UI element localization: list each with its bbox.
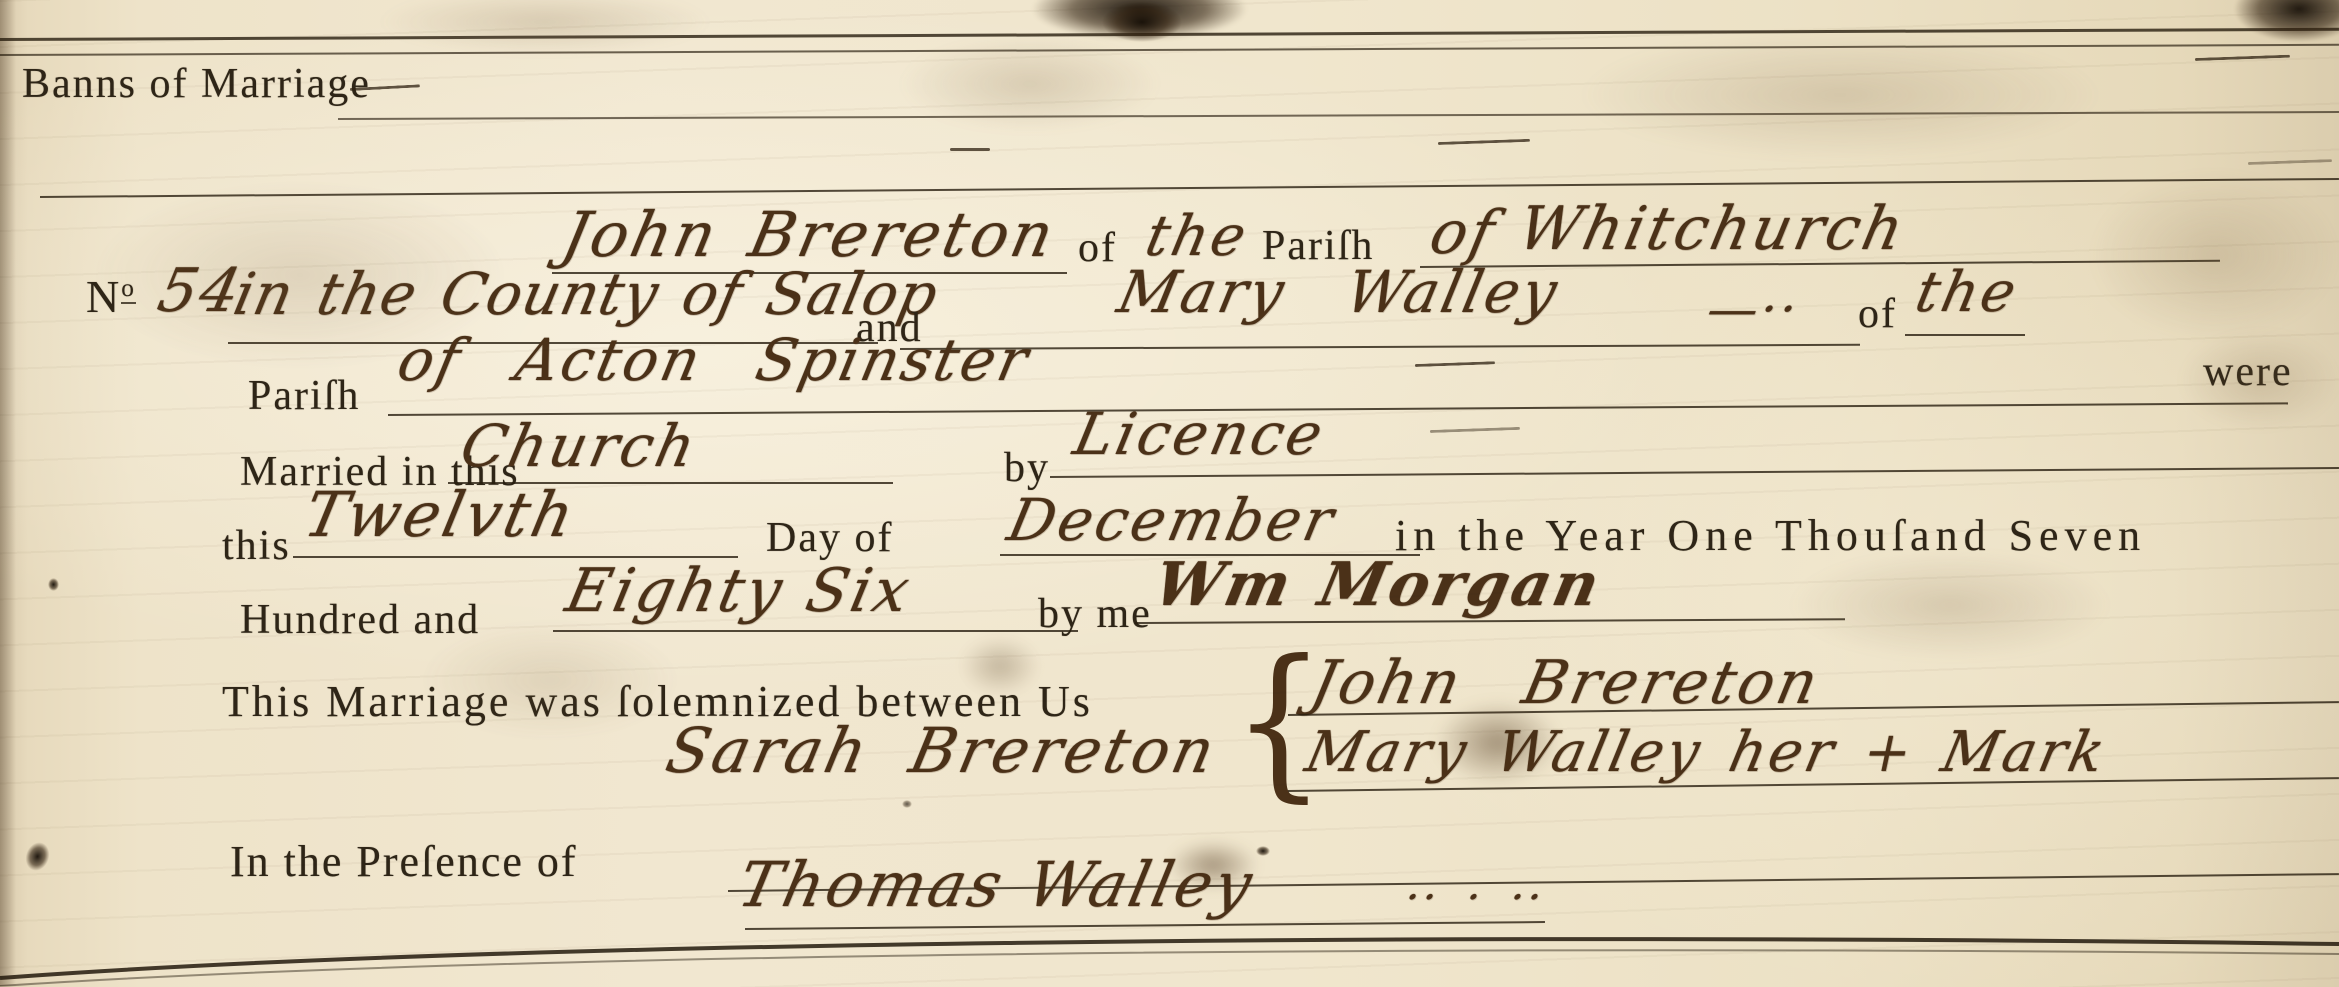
printed-parish-label: Pariſh	[248, 372, 360, 420]
pen-dash	[950, 148, 990, 151]
ink-blot	[1102, 2, 1182, 42]
bleed-through-mark	[90, 180, 510, 370]
pen-dash	[1430, 427, 1520, 433]
bleed-through-mark	[2180, 330, 2339, 430]
bleed-through-mark	[900, 36, 1160, 132]
printed-in-the-presence-of: In the Preſence of	[230, 836, 578, 887]
bleed-through-mark	[2090, 170, 2339, 340]
ink-blot	[2234, 0, 2339, 42]
printed-hundred-and: Hundred and	[240, 596, 480, 644]
handwritten-the: the	[1910, 260, 2025, 325]
ink-spot	[48, 578, 59, 591]
pen-dash	[2195, 55, 2290, 61]
ink-spot	[22, 839, 54, 874]
printed-of: of	[1078, 224, 1117, 272]
page-bottom-curves	[0, 920, 2339, 986]
month-handwritten: December	[1002, 486, 1342, 554]
blank-underline	[553, 630, 1078, 632]
ink-spot	[1256, 846, 1270, 856]
groom-parish-handwritten: Whitchurch	[1512, 194, 1912, 264]
ink-smudge	[960, 636, 1040, 696]
form-title: Banns of Marriage	[22, 60, 371, 108]
bleed-through-mark	[380, 0, 710, 54]
paper-left-edge	[0, 0, 16, 987]
place-handwritten: Church	[455, 412, 704, 480]
pen-flourish: —··	[1702, 280, 1805, 338]
printed-day-of: Day of	[766, 514, 893, 562]
witness1-signature: Sarah Brereton	[660, 714, 1224, 787]
minister-signature: Wm Morgan	[1148, 550, 1608, 620]
ink-spot	[902, 800, 912, 808]
blank-underline	[1050, 467, 2339, 478]
blank-underline	[1905, 334, 2025, 336]
bleed-through-mark	[420, 620, 680, 740]
bride-name-handwritten: Mary Walley	[1112, 258, 1566, 326]
pen-dash	[1438, 139, 1530, 145]
blank-underline	[900, 344, 1860, 350]
ink-smudge	[1168, 840, 1258, 890]
bride-parish-handwritten: of Acton Spinster	[392, 326, 1037, 394]
printed-this: this	[222, 522, 291, 570]
year-words-handwritten: Eighty Six	[560, 556, 918, 626]
printed-by: by	[1004, 444, 1050, 492]
bleed-through-mark	[1580, 30, 2100, 160]
pen-dash	[1415, 361, 1495, 367]
method-handwritten: Licence	[1068, 400, 1332, 468]
bride-signature-mark: Mary Walley her + Mark	[1300, 720, 2113, 785]
day-handwritten: Twelvth	[298, 478, 583, 551]
register-page-scan: Banns of Marriage John Brereton of the P…	[0, 0, 2339, 987]
bleed-through-mark	[1790, 550, 2110, 660]
ink-smudge	[1435, 700, 1560, 785]
pen-dash	[2248, 159, 2332, 165]
printed-of: of	[1858, 290, 1897, 338]
pen-flourish: ·· · ··	[1400, 872, 1550, 923]
